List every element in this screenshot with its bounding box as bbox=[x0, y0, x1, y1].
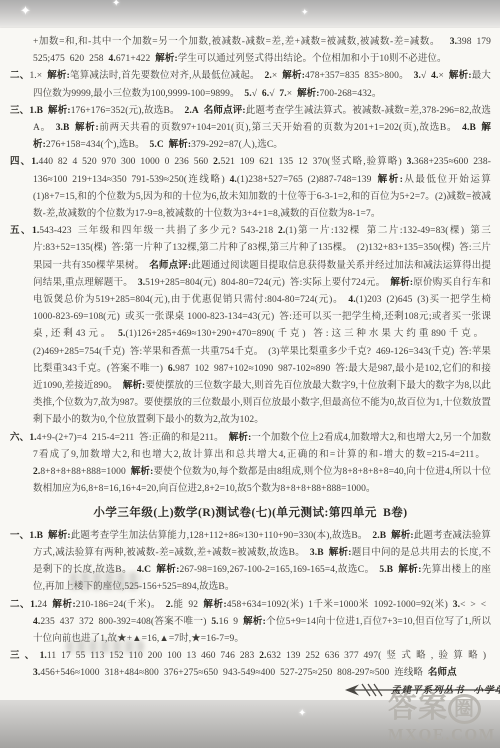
sparkle-icon: ✦ bbox=[20, 4, 31, 17]
answer-site-watermark: 答案圈 MXQE.COM bbox=[388, 694, 500, 744]
print-smudge bbox=[66, 640, 144, 653]
test-paper-title: 小学三年级(上)数学(R)测试卷(七)(单元测试:第四单元 B卷) bbox=[10, 505, 491, 522]
watermark-brand: 答案圈 bbox=[388, 694, 500, 724]
watermark-site-url: MXQE.COM bbox=[388, 727, 500, 744]
photo-top-gray-band: ✦ ✦ ✦ bbox=[0, 0, 500, 30]
answer-paragraph-b-section3: 三、1.11 17 55 113 152 110 200 100 13 460 … bbox=[10, 648, 491, 682]
sparkle-icon: ✦ bbox=[112, 0, 120, 9]
print-smudge bbox=[70, 572, 142, 590]
sparkle-icon: ✦ bbox=[298, 709, 306, 719]
answer-paragraph-section3: 三、1.B 解析:176+176=352(元),故选B。 2.A 名师点评:此题… bbox=[10, 103, 491, 155]
answer-paragraph-section2: 二、1.× 解析:笔算减法时,首先要数位对齐,从最低位减起。 2.× 解析:47… bbox=[10, 68, 491, 102]
circled-char-icon: 圈 bbox=[448, 694, 481, 724]
answer-paragraph-section5: 五、1.543-423 三年级和四年级一共捐了多少元? 543-218 2.(1… bbox=[10, 223, 491, 429]
answer-paragraph-section1-continued: +加数=和,和-其中一个加数=另一个加数,被减数-减数=差,差+减数=被减数,被… bbox=[10, 34, 491, 68]
answer-paragraph-section4: 四、1.440 82 4 520 970 300 1000 0 236 560 … bbox=[10, 154, 491, 223]
scanned-answer-page: ✦ ✦ ✦ +加数=和,和-其中一个加数=另一个加数,被减数-减数=差,差+减数… bbox=[0, 0, 500, 748]
sparkle-icon: ✦ bbox=[301, 8, 309, 17]
answer-paragraph-section6: 六、1.4+9-(2+7)=4 215-4=211 答:正确的和是211。 解析… bbox=[10, 430, 491, 499]
